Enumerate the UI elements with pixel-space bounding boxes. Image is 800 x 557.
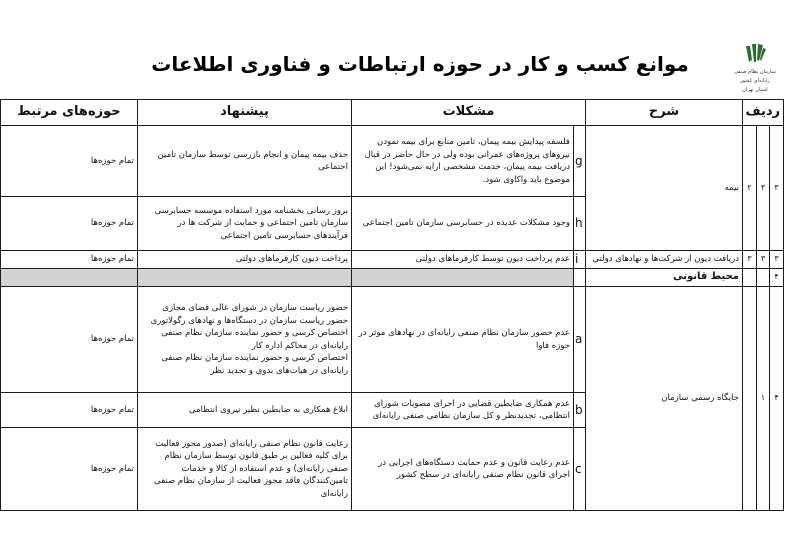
- problem-text: وجود مشکلات عدیده در حسابرسی سازمان تامی…: [352, 197, 574, 251]
- suggestion-text: رعایت قانون نظام صنفی رایانه‌ای (صدور مج…: [138, 428, 352, 511]
- page-title: موانع کسب و کار در حوزه ارتباطات و فناور…: [150, 52, 690, 76]
- empty-cell: [574, 269, 586, 287]
- header-pishnahad: پیشنهاد: [138, 100, 352, 126]
- row-number-3: ۲: [743, 126, 757, 251]
- row-number-3: ۳: [743, 251, 757, 269]
- header-hozeha: حوزه‌های مرتبط: [1, 100, 138, 126]
- logo-province: استان تهران: [728, 86, 782, 95]
- problem-letter: c: [574, 428, 586, 511]
- related-domains: تمام حوزه‌ها: [1, 197, 138, 251]
- empty-cell: [743, 287, 757, 511]
- row-number-1: ۴: [770, 287, 784, 511]
- problem-text: فلسفه پیدایش بیمه پیمان، تامین منابع برا…: [352, 126, 574, 197]
- table-row: ۴ ۱ جایگاه رسمی سازمان a عدم حضور سازمان…: [1, 287, 784, 393]
- problem-text: عدم همکاری ضابطین قضایی در اجرای مصوبات …: [352, 393, 574, 428]
- row-number-1: ۳: [770, 251, 784, 269]
- suggestion-line: حضور ریاست سازمان در دستگاه‌ها و نهادهای…: [141, 315, 348, 328]
- suggestion-text: بروز رسانی بخشنامه مورد استفاده موسسه حس…: [138, 197, 352, 251]
- row-number-2: ۱: [757, 287, 770, 511]
- suggestion-line: اختصاص کرسی و حضور نماینده سازمان نظام ص…: [141, 327, 348, 352]
- row-number-2: ۳: [757, 126, 770, 251]
- related-domains: تمام حوزه‌ها: [1, 428, 138, 511]
- row-number-2: ۳: [757, 251, 770, 269]
- related-domains: تمام حوزه‌ها: [1, 126, 138, 197]
- row-description: دریافت دیون از شرکت‌ها و نهادهای دولتی: [586, 251, 743, 269]
- problem-letter: h: [574, 197, 586, 251]
- problem-letter: a: [574, 287, 586, 393]
- table-row: ۳ ۳ ۳ دریافت دیون از شرکت‌ها و نهادهای د…: [1, 251, 784, 269]
- problem-text: عدم حضور سازمان نظام صنفی رایانه‌ای در ن…: [352, 287, 574, 393]
- problem-letter: g: [574, 126, 586, 197]
- problem-letter: i: [574, 251, 586, 269]
- section-number: ۴: [770, 269, 784, 287]
- gray-cell: [138, 269, 352, 287]
- section-row: ۴ محیط قانونی: [1, 269, 784, 287]
- suggestion-text: ابلاغ همکاری به ضابطین نظیر نیروی انتظام…: [138, 393, 352, 428]
- logo-org-name: سازمان نظام صنفی رایانه‌ای کشور: [728, 68, 782, 86]
- problem-letter: b: [574, 393, 586, 428]
- suggestion-text: حذف بیمه پیمان و انجام بازرسی توسط سازما…: [138, 126, 352, 197]
- related-domains: تمام حوزه‌ها: [1, 393, 138, 428]
- suggestion-line: اختصاص کرسی و حضور نماینده سازمان نظام ص…: [141, 352, 348, 377]
- suggestion-text: پرداخت دیون کارفرماهای دولتی: [138, 251, 352, 269]
- table-row: ۳ ۳ ۲ بیمه g فلسفه پیدایش بیمه پیمان، تا…: [1, 126, 784, 197]
- header-radif: ردیف: [743, 100, 784, 126]
- empty-cell: [743, 269, 757, 287]
- row-number-1: ۳: [770, 126, 784, 251]
- section-title: محیط قانونی: [586, 269, 743, 287]
- header-sharh: شرح: [586, 100, 743, 126]
- gray-cell: [1, 269, 138, 287]
- row-description: جایگاه رسمی سازمان: [586, 287, 743, 511]
- table-header-row: ردیف شرح مشکلات پیشنهاد حوزه‌های مرتبط: [1, 100, 784, 126]
- empty-cell: [757, 269, 770, 287]
- related-domains: تمام حوزه‌ها: [1, 287, 138, 393]
- header-moshkelat: مشکلات: [352, 100, 586, 126]
- problem-text: عدم رعایت قانون و عدم حمایت دستگاه‌های ا…: [352, 428, 574, 511]
- suggestion-text: حضور ریاست سازمان در شورای عالی فضای مجا…: [138, 287, 352, 393]
- organization-logo: سازمان نظام صنفی رایانه‌ای کشور استان ته…: [728, 42, 782, 94]
- problem-text: عدم پرداخت دیون توسط کارفرماهای دولتی: [352, 251, 574, 269]
- related-domains: تمام حوزه‌ها: [1, 251, 138, 269]
- gray-cell: [352, 269, 574, 287]
- row-description: بیمه: [586, 126, 743, 251]
- obstacles-table: ردیف شرح مشکلات پیشنهاد حوزه‌های مرتبط ۳…: [0, 99, 784, 511]
- logo-leaf-icon: [743, 42, 767, 64]
- suggestion-line: حضور ریاست سازمان در شورای عالی فضای مجا…: [141, 302, 348, 315]
